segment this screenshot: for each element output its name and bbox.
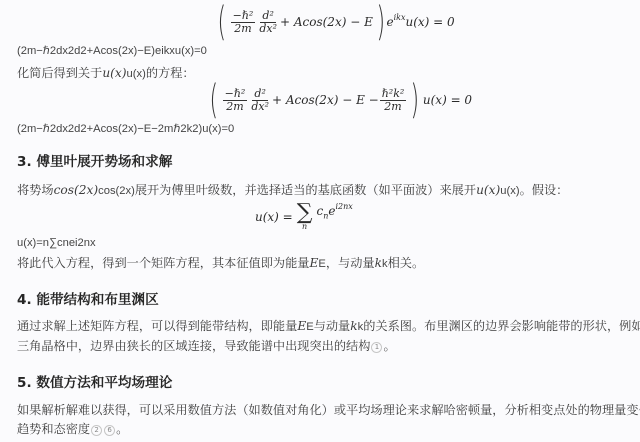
document-page: ( −ℏ² 2m d² dx² + Acos(2x) − E ) eikx u(… xyxy=(0,0,640,442)
plain-text-equation-2: (2m−ℏ2dx2d2+Acos(2x)−E−2mℏ2k2)u(x)=0 xyxy=(17,121,234,137)
section-5-line-2: 趋势和态密度26。 xyxy=(17,421,128,437)
equation-schrodinger-bloch: ( −ℏ² 2m d² dx² + Acos(2x) − E ) eikx u(… xyxy=(214,2,455,42)
equation-reduced: ( −ℏ² 2m d² dx² + Acos(2x) − E − ℏ²k² 2m… xyxy=(206,80,472,120)
right-paren: ) xyxy=(376,0,385,45)
section-4-line-1: 通过求解上述矩阵方程，可以得到能带结构，即能量EE与动量kk的关系图。布里渊区的… xyxy=(17,318,640,335)
section-3-paragraph: 将势场cos(2x)cos(2x)展开为傅里叶级数，并选择适当的基底函数（如平面… xyxy=(17,182,568,199)
fraction-hbar: −ℏ² 2m xyxy=(223,88,248,113)
citation-badge[interactable]: 1 xyxy=(371,342,382,353)
simplify-line: 化简后得到关于u(x)u(x)的方程： xyxy=(17,65,195,82)
left-paren: ( xyxy=(210,77,219,123)
section-4-line-2: 三角晶格中，边界由狭长的区域连接，导致能谱中出现突出的结构1。 xyxy=(17,338,396,354)
plain-text-fourier: u(x)=n∑cnei2nx xyxy=(17,235,96,251)
section-3-paragraph-2: 将此代入方程，得到一个矩阵方程，其本征值即为能量EE，与动量kk相关。 xyxy=(17,255,424,272)
fraction-derivative: d² dx² xyxy=(249,88,271,113)
section-3-heading: 3. 傅里叶展开势场和求解 xyxy=(17,150,172,170)
left-paren: ( xyxy=(218,0,227,45)
summation-symbol: ∑ n xyxy=(297,203,313,231)
fraction-kinetic: ℏ²k² 2m xyxy=(380,88,407,113)
right-paren: ) xyxy=(411,77,420,123)
section-5-line-1: 如果解析解难以获得，可以采用数值方法（如数值对角化）或平均场理论来求解哈密顿量，… xyxy=(17,402,640,418)
fraction-derivative: d² dx² xyxy=(257,10,279,35)
section-4-heading: 4. 能带结构和布里渊区 xyxy=(17,288,159,308)
plain-text-equation-1: (2m−ℏ2dx2d2+Acos(2x)−E)eikxu(x)=0 xyxy=(17,43,207,59)
equation-fourier-expansion: u(x) = ∑ n cnei2nx xyxy=(255,200,353,234)
citation-badge[interactable]: 6 xyxy=(104,425,115,436)
section-5-heading: 5. 数值方法和平均场理论 xyxy=(17,371,172,391)
citation-badge[interactable]: 2 xyxy=(91,425,102,436)
fraction-hbar: −ℏ² 2m xyxy=(231,10,256,35)
